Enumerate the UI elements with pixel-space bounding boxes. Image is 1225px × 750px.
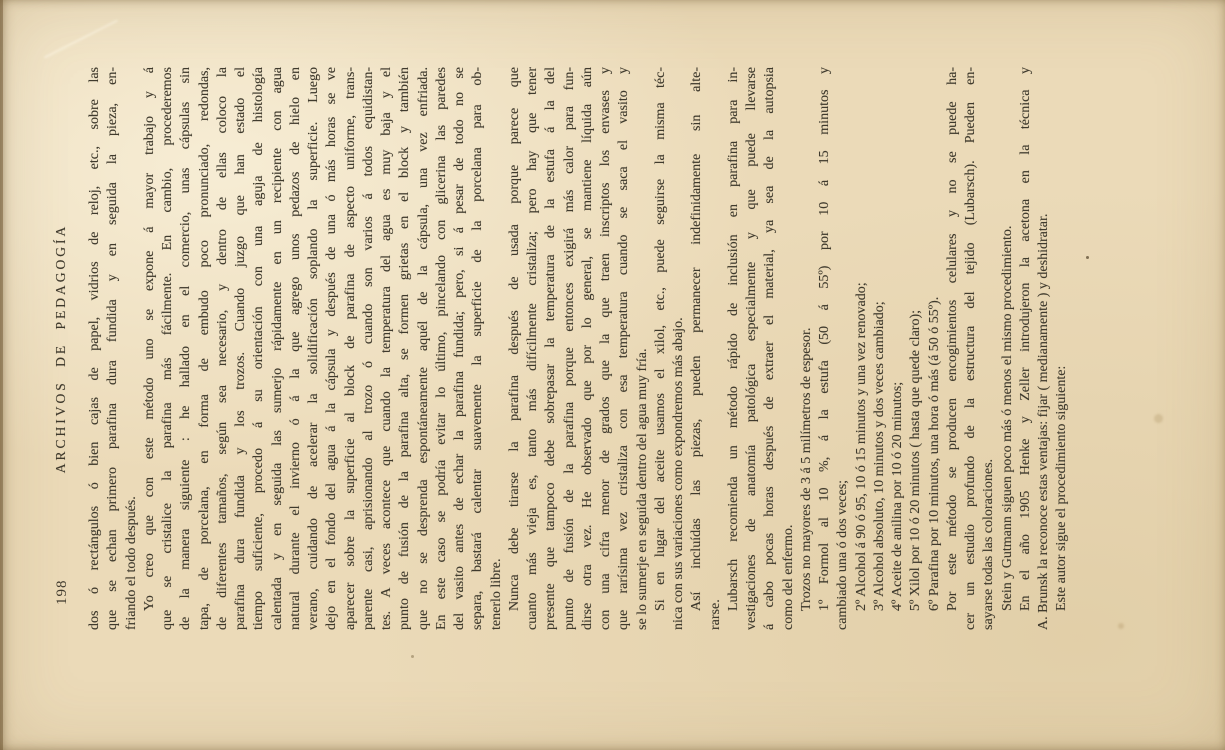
- scanned-book-page: 198 ARCHIVOS DE PEDAGOGÍA dos ó rectángu…: [0, 0, 1225, 750]
- text-line: tapa, de porcelana, en forma de embudo p…: [196, 67, 214, 630]
- text-line: 1º Formol al 10 %, á la estufa (50 á 55º…: [816, 67, 834, 630]
- text-line: dejo en el fondo del agua á la cápsula y…: [323, 67, 341, 630]
- page-text: dos ó rectángulos ó bien cajas de papel,…: [86, 67, 1072, 630]
- text-line: que se echan primero parafina dura fundi…: [104, 67, 122, 630]
- journal-title: ARCHIVOS DE PEDAGOGÍA: [50, 67, 72, 630]
- text-line: calentada y en seguida las sumerjo rápid…: [269, 67, 287, 630]
- text-line: Yo creo que con este método uno se expon…: [141, 67, 159, 630]
- text-line: punto de fusión de la parafina alta, se …: [396, 67, 414, 630]
- text-line: Nunca debe tirarse la parafina después d…: [506, 67, 524, 630]
- text-line: Así incluídas las piezas, pueden permane…: [688, 67, 706, 630]
- text-line: natural durante el invierno ó á la que a…: [287, 67, 305, 630]
- text-line: En el año 1905 Henke y Zeller introdujer…: [1017, 67, 1035, 630]
- text-line: Lubarsch recomienda un método rápido de …: [725, 67, 743, 630]
- text-line: dirse otra vez. He observado que por lo …: [579, 67, 597, 630]
- text-line: cuanto más vieja es, tanto más difícilme…: [524, 67, 542, 630]
- text-line: separa, bastará calentar suavemente la s…: [469, 67, 487, 630]
- text-line: tiempo suficiente, procedo á su orientac…: [250, 67, 268, 630]
- text-line: cer un estudio profundo de la estructura…: [962, 67, 980, 630]
- rotated-page-content: 198 ARCHIVOS DE PEDAGOGÍA dos ó rectángu…: [0, 0, 1225, 750]
- text-line: A. Brunsk la reconoce estas ventajas: fi…: [1035, 67, 1053, 630]
- text-line: Trozos no mayores de 3 á 5 milímetros de…: [798, 67, 816, 630]
- page-number: 198: [52, 580, 72, 606]
- text-line: parafina dura fundida y los trozos. Cuan…: [232, 67, 250, 630]
- text-line: de diferentes tamaños, según sea necesar…: [214, 67, 232, 630]
- text-line: del vasito antes de echar la parafina fu…: [451, 67, 469, 630]
- text-line: que se cristalice la parafina más fácilm…: [159, 67, 177, 630]
- text-line: nica con sus variaciones como expondremo…: [670, 67, 688, 630]
- text-line: aparecer sobre la superficie al block de…: [342, 67, 360, 630]
- text-line: vestigaciones de anatomía patológica esp…: [743, 67, 761, 630]
- text-line: con una cifra menor de grados que la que…: [597, 67, 615, 630]
- text-line: tenerlo libre.: [488, 67, 506, 630]
- text-line: verano, cuidando de acelerar la solidifi…: [305, 67, 323, 630]
- page-header-row: 198 ARCHIVOS DE PEDAGOGÍA: [50, 67, 74, 630]
- text-line: se lo sumerje en seguida dentro del agua…: [634, 67, 652, 630]
- text-line: friando el todo después.: [123, 67, 141, 630]
- text-line: á cabo pocas horas después de extraer el…: [761, 67, 779, 630]
- text-line: 6º Parafina por 10 minutos, una hora ó m…: [926, 67, 944, 630]
- text-line: parente casi, aprisionando al trozo ó cu…: [360, 67, 378, 630]
- text-line: 5º Xilol por 10 ó 20 minutos ( hasta que…: [907, 67, 925, 630]
- text-line: presente que tampoco debe sobrepasar la …: [542, 67, 560, 630]
- text-line: sayarse todas las coloraciones.: [980, 67, 998, 630]
- text-line: Si en lugar del aceite usamos el xilol, …: [652, 67, 670, 630]
- text-line: de la manera siguiente : he hallado en e…: [177, 67, 195, 630]
- text-line: Este autor sigue el procedimiento siguie…: [1053, 67, 1071, 630]
- text-line: Por este método se producen encogimiento…: [944, 67, 962, 630]
- text-line: que no se desprenda espontáneamente aqué…: [415, 67, 433, 630]
- text-line: como del enfermo.: [780, 67, 798, 630]
- text-line: rarse.: [707, 67, 725, 630]
- text-line: tes. A veces acontece que cuando la temp…: [378, 67, 396, 630]
- text-line: 2º Alcohol á 90 ó 95, 10 ó 15 minutos y …: [853, 67, 871, 630]
- text-line: cambiado una ó dos veces;: [834, 67, 852, 630]
- text-line: Stein y Gutmann siguen poco más ó menos …: [999, 67, 1017, 630]
- text-line: 4º Aceite de anilina por 10 ó 20 minutos…: [889, 67, 907, 630]
- text-line: En este caso se podría evitar lo último,…: [433, 67, 451, 630]
- text-line: punto de fusión de la parafina porque en…: [561, 67, 579, 630]
- text-line: dos ó rectángulos ó bien cajas de papel,…: [86, 67, 104, 630]
- text-line: 3º Alcohol absoluto, 10 minutos y dos ve…: [871, 67, 889, 630]
- text-line: que rarísima vez cristaliza con esa temp…: [615, 67, 633, 630]
